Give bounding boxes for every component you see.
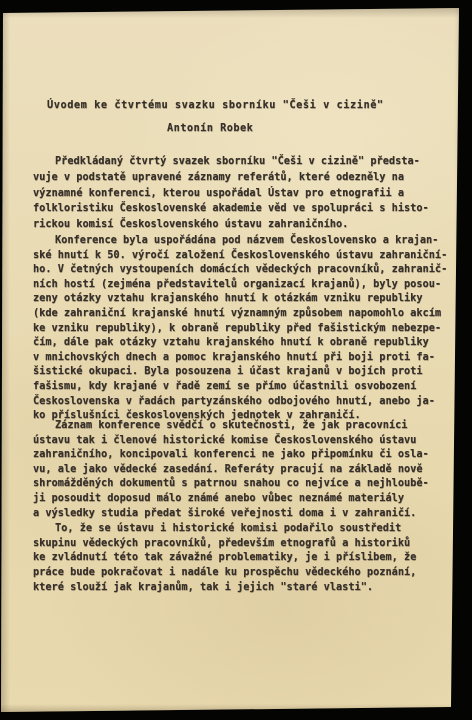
page-edge-shadow-right (454, 0, 462, 720)
page-edge-shadow-bottom (0, 704, 472, 714)
paragraph-2: Konference byla uspořádána pod názvem Če… (33, 234, 459, 424)
page-edge-shadow-left (0, 0, 10, 720)
scan-background: Úvodem ke čtvrtému svazku sborníku "Češi… (0, 0, 472, 720)
author-name: Antonín Robek (167, 123, 253, 135)
paragraph-4: To, že se ústavu i historické komisi pod… (33, 522, 459, 596)
page-title: Úvodem ke čtvrtému svazku sborníku "Češi… (47, 100, 384, 112)
book-page: Úvodem ke čtvrtému svazku sborníku "Češi… (0, 0, 472, 720)
paragraph-1: Předkládaný čtvrtý svazek sborníku "Češi… (33, 154, 459, 233)
paragraph-3: Záznam konference svědčí o skutečnosti, … (33, 419, 459, 521)
page-edge-shadow-top (0, 6, 472, 18)
